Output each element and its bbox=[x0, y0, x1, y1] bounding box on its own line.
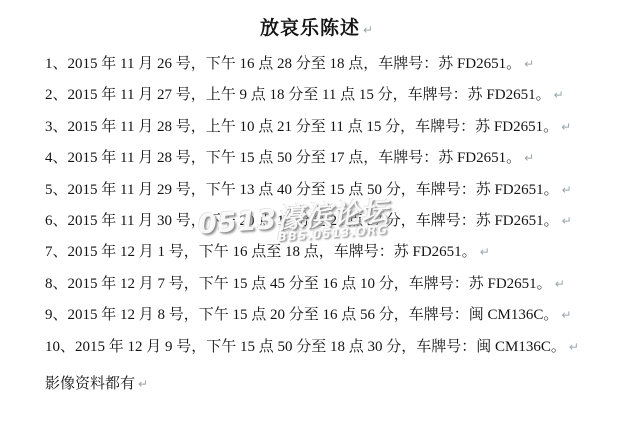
statement-line: 1、2015 年 11 月 26 号，下午 16 点 28 分至 18 点，车牌… bbox=[45, 49, 622, 80]
statement-text: 5、2015 年 11 月 29 号，下午 13 点 40 分至 15 点 50… bbox=[45, 182, 559, 198]
paragraph-mark-icon: ↵ bbox=[562, 183, 572, 197]
title-text: 放哀乐陈述 bbox=[260, 18, 360, 39]
statement-line: 2、2015 年 11 月 27 号，上午 9 点 18 分至 11 点 15 … bbox=[45, 80, 622, 111]
page-title: 放哀乐陈述↵ bbox=[0, 13, 634, 40]
footer-text: 影像资料都有 bbox=[45, 376, 135, 392]
document-page: 放哀乐陈述↵ 1、2015 年 11 月 26 号，下午 16 点 28 分至 … bbox=[0, 0, 634, 446]
statement-line: 9、2015 年 12 月 8 号，下午 15 点 20 分至 16 点 56 … bbox=[45, 300, 622, 331]
statement-list: 1、2015 年 11 月 26 号，下午 16 点 28 分至 18 点，车牌… bbox=[0, 49, 634, 400]
statement-text: 1、2015 年 11 月 26 号，下午 16 点 28 分至 18 点，车牌… bbox=[45, 56, 521, 72]
statement-line: 6、2015 年 11 月 30 号，下午 20 点 14 分至 21 点 37… bbox=[45, 206, 622, 237]
statement-line: 10、2015 年 12 月 9 号，下午 15 点 50 分至 18 点 30… bbox=[45, 332, 622, 363]
statement-line: 4、2015 年 11 月 28 号，下午 15 点 50 分至 17 点，车牌… bbox=[45, 143, 622, 174]
footer-line: 影像资料都有↵ bbox=[45, 369, 622, 400]
paragraph-mark-icon: ↵ bbox=[554, 88, 564, 102]
statement-text: 8、2015 年 12 月 7 号，下午 15 点 45 分至 16 点 10 … bbox=[45, 276, 552, 292]
statement-text: 10、2015 年 12 月 9 号，下午 15 点 50 分至 18 点 30… bbox=[45, 339, 566, 355]
statement-line: 3、2015 年 11 月 28 号，上午 10 点 21 分至 11 点 15… bbox=[45, 112, 622, 143]
statement-text: 2、2015 年 11 月 27 号，上午 9 点 18 分至 11 点 15 … bbox=[45, 87, 551, 103]
paragraph-mark-icon: ↵ bbox=[561, 120, 571, 134]
statement-text: 6、2015 年 11 月 30 号，下午 20 点 14 分至 21 点 37… bbox=[45, 213, 559, 229]
paragraph-mark-icon: ↵ bbox=[562, 214, 572, 228]
paragraph-mark-icon: ↵ bbox=[524, 57, 534, 71]
paragraph-mark-icon: ↵ bbox=[569, 340, 579, 354]
paragraph-mark-icon: ↵ bbox=[555, 277, 565, 291]
statement-text: 3、2015 年 11 月 28 号，上午 10 点 21 分至 11 点 15… bbox=[45, 119, 558, 135]
statement-text: 7、2015 年 12 月 1 号，下午 16 点至 18 点，车牌号：苏 FD… bbox=[45, 244, 477, 260]
statement-line: 7、2015 年 12 月 1 号，下午 16 点至 18 点，车牌号：苏 FD… bbox=[45, 237, 622, 268]
paragraph-mark-icon: ↵ bbox=[363, 23, 374, 37]
statement-line: 8、2015 年 12 月 7 号，下午 15 点 45 分至 16 点 10 … bbox=[45, 269, 622, 300]
statement-text: 9、2015 年 12 月 8 号，下午 15 点 20 分至 16 点 56 … bbox=[45, 307, 558, 323]
statement-line: 5、2015 年 11 月 29 号，下午 13 点 40 分至 15 点 50… bbox=[45, 175, 622, 206]
paragraph-mark-icon: ↵ bbox=[480, 245, 490, 259]
paragraph-mark-icon: ↵ bbox=[561, 308, 571, 322]
paragraph-mark-icon: ↵ bbox=[138, 377, 148, 391]
paragraph-mark-icon: ↵ bbox=[524, 151, 534, 165]
statement-text: 4、2015 年 11 月 28 号，下午 15 点 50 分至 17 点，车牌… bbox=[45, 150, 521, 166]
